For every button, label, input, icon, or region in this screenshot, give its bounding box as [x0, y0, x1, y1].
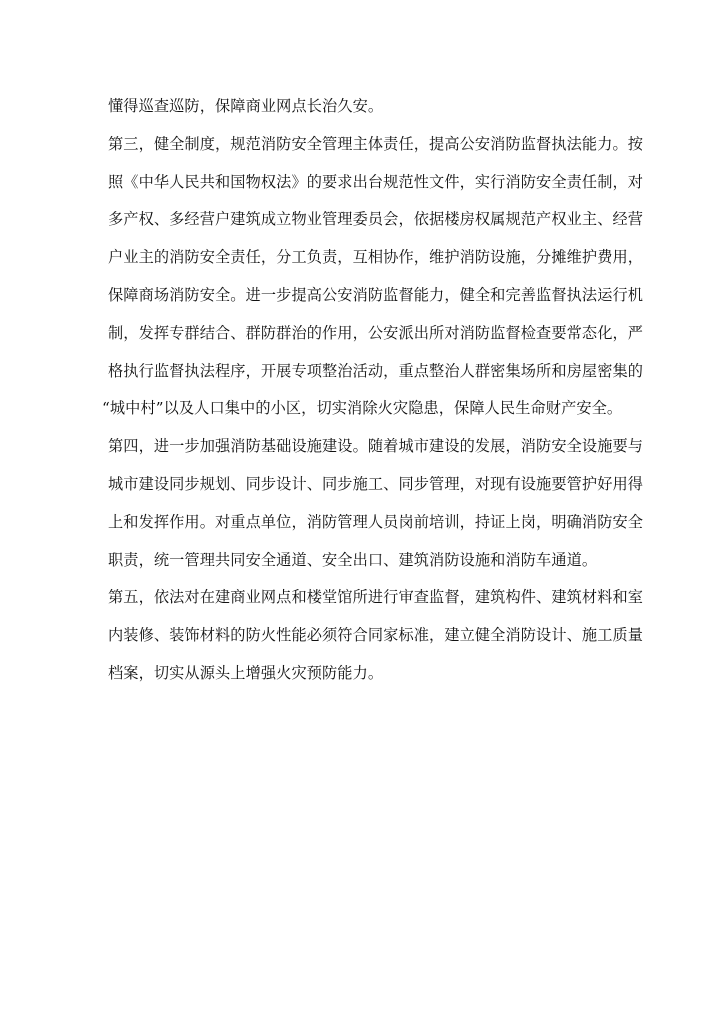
- paragraph-line: 保障商场消防安全。进一步提高公安消防监督能力，健全和完善监督执法运行机: [108, 277, 614, 315]
- paragraph-line: 城市建设同步规划、同步设计、同步施工、同步管理，对现有设施要管护好用得: [108, 466, 614, 504]
- paragraph-line: 第五，依法对在建商业网点和楼堂馆所进行审查监督，建筑构件、建筑材料和室: [108, 579, 614, 617]
- paragraph-line: 懂得巡查巡防，保障商业网点长治久安。: [108, 88, 614, 126]
- paragraph-line: 制，发挥专群结合、群防群治的作用，公安派出所对消防监督检查要常态化，严: [108, 315, 614, 353]
- paragraph-line: 上和发挥作用。对重点单位，消防管理人员岗前培训，持证上岗，明确消防安全: [108, 504, 614, 542]
- paragraph-line: 户业主的消防安全责任，分工负责，互相协作，维护消防设施，分摊维护费用，: [108, 239, 614, 277]
- paragraph-line: 照《中华人民共和国物权法》的要求出台规范性文件，实行消防安全责任制，对: [108, 164, 614, 202]
- paragraph-line: 档案，切实从源头上增强火灾预防能力。: [108, 655, 614, 693]
- document-page: 懂得巡查巡防，保障商业网点长治久安。 第三，健全制度，规范消防安全管理主体责任，…: [108, 88, 614, 693]
- paragraph-line: 多产权、多经营户建筑成立物业管理委员会，依据楼房权属规范产权业主、经营: [108, 201, 614, 239]
- paragraph-line: 格执行监督执法程序，开展专项整治活动，重点整治人群密集场所和房屋密集的: [108, 353, 614, 391]
- paragraph-line: 第三，健全制度，规范消防安全管理主体责任，提高公安消防监督执法能力。按: [108, 126, 614, 164]
- paragraph-line: 第四，进一步加强消防基础设施建设。随着城市建设的发展，消防安全设施要与: [108, 428, 614, 466]
- paragraph-line: 职责，统一管理共同安全通道、安全出口、建筑消防设施和消防车通道。: [108, 542, 614, 580]
- paragraph-line: 内装修、装饰材料的防火性能必须符合同家标准，建立健全消防设计、施工质量: [108, 617, 614, 655]
- paragraph-line: “城中村”以及人口集中的小区，切实消除火灾隐患，保障人民生命财产安全。: [102, 390, 614, 428]
